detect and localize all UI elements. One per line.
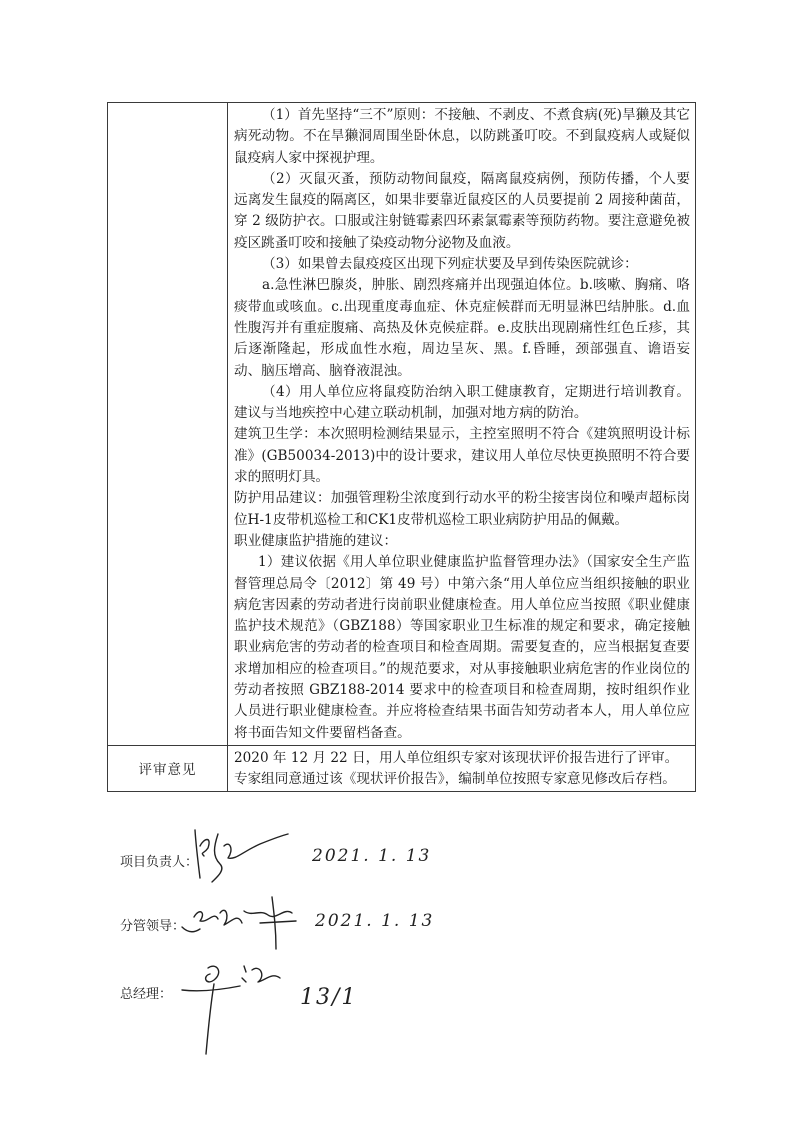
paragraph-ppe-advice: 防护用品建议：加强管理粉尘浓度到行动水平的粉尘接害岗位和噪声超标岗位H-1皮带机…	[234, 488, 690, 531]
general-manager-date: 13/1	[300, 985, 357, 1010]
measures-row: （1）首先坚持“三不”原则：不接触、不剥皮、不煮食病(死)旱獭及其它病死动物。不…	[108, 103, 696, 746]
evaluation-table: （1）首先坚持“三不”原则：不接触、不剥皮、不煮食病(死)旱獭及其它病死动物。不…	[107, 102, 696, 792]
paragraph-plague-principle: （1）首先坚持“三不”原则：不接触、不剥皮、不煮食病(死)旱獭及其它病死动物。不…	[234, 105, 690, 169]
measures-label-cell	[108, 103, 228, 746]
paragraph-health-surveillance-detail: 1）建议依据《用人单位职业健康监护监督管理办法》（国家安全生产监督管理总局令〔2…	[234, 552, 690, 744]
review-label: 评审意见	[108, 745, 228, 791]
supervisor-label: 分管领导：	[120, 915, 185, 934]
paragraph-health-education: （4）用人单位应将鼠疫防治纳入职工健康教育，定期进行培训教育。建议与当地疾控中心…	[234, 382, 690, 425]
review-date-line: 2020 年 12 月 22 日，用人单位组织专家对该现状评价报告进行了评审。	[234, 748, 690, 769]
supervisor-signature-icon	[180, 893, 310, 953]
general-manager-signature-icon	[180, 958, 290, 1058]
project-leader-signature-icon	[190, 826, 290, 886]
paragraph-plague-prevention: （2）灭鼠灭蚤，预防动物间鼠疫，隔离鼠疫病例，预防传播，个人要远离发生鼠疫的隔离…	[234, 169, 690, 254]
paragraph-health-surveillance-heading: 职业健康监护措施的建议：	[234, 531, 690, 552]
measures-content-cell: （1）首先坚持“三不”原则：不接触、不剥皮、不煮食病(死)旱獭及其它病死动物。不…	[228, 103, 696, 746]
paragraph-plague-symptoms-intro: （3）如果曾去鼠疫疫区出现下列症状要及早到传染医院就诊：	[234, 254, 690, 275]
paragraph-plague-symptoms-list: a.急性淋巴腺炎，肿胀、剧烈疼痛并出现强迫体位。b.咳嗽、胸痛、咯痰带血或咳血。…	[234, 275, 690, 381]
review-conclusion-line: 专家组同意通过该《现状评价报告》，编制单位按照专家意见修改后存档。	[234, 769, 690, 790]
project-leader-date: 2021. 1. 13	[312, 846, 431, 866]
general-manager-label: 总经理：	[120, 983, 172, 1002]
review-row: 评审意见 2020 年 12 月 22 日，用人单位组织专家对该现状评价报告进行…	[108, 745, 696, 791]
supervisor-date: 2021. 1. 13	[315, 911, 434, 931]
project-leader-label: 项目负责人：	[120, 851, 198, 870]
review-content-cell: 2020 年 12 月 22 日，用人单位组织专家对该现状评价报告进行了评审。 …	[228, 745, 696, 791]
paragraph-building-hygiene: 建筑卫生学：本次照明检测结果显示，主控室照明不符合《建筑照明设计标准》(GB50…	[234, 424, 690, 488]
document-page: （1）首先坚持“三不”原则：不接触、不剥皮、不煮食病(死)旱獭及其它病死动物。不…	[0, 0, 793, 1122]
